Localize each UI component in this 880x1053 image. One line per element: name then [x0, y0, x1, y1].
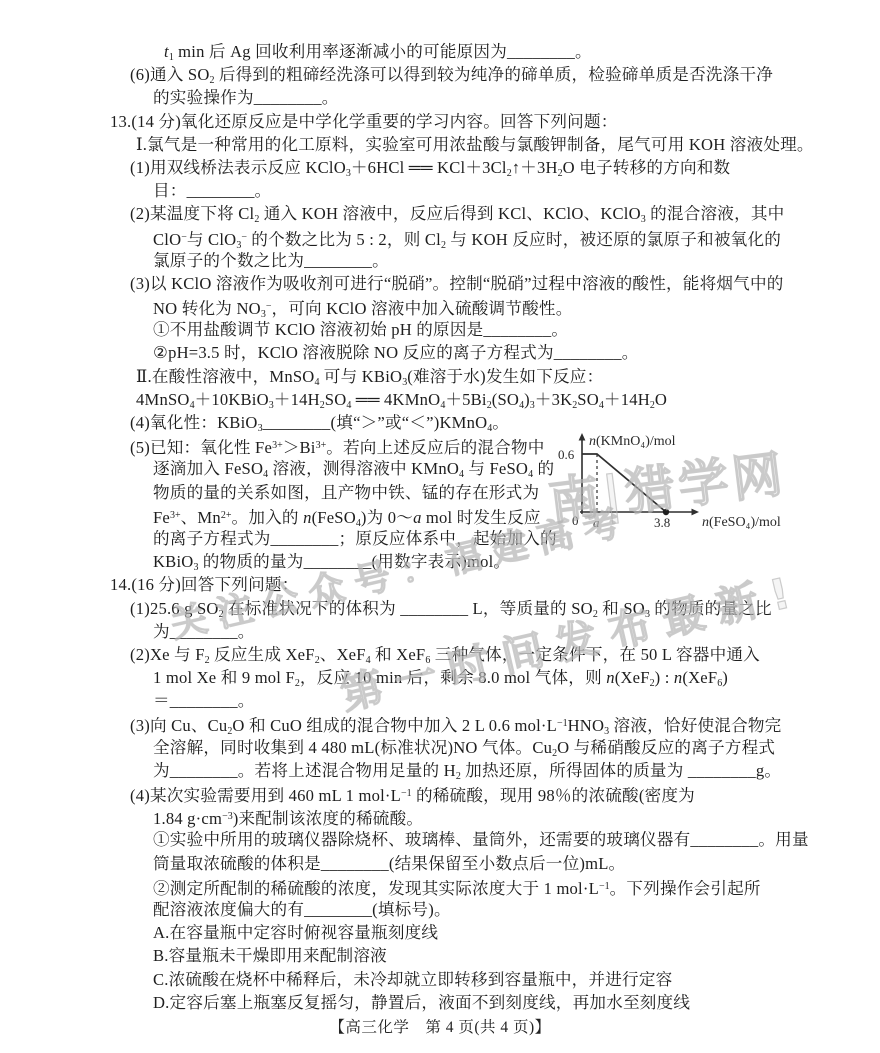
text-line: ClO−与 ClO3− 的个数之比为 5 : 2，则 Cl2 与 KOH 反应时… [108, 226, 820, 249]
text-line: (4)某次实验需要用到 460 mL 1 mol·L−1 的稀硫酸，现用 98％… [108, 782, 820, 805]
text-line: B.容量瓶未干燥即用来配制溶液 [108, 944, 820, 967]
y-axis-label: n(KMnO₄)/mol [589, 434, 676, 449]
text-line: D.定容后塞上瓶塞反复摇匀，静置后，液面不到刻度线，再加水至刻度线 [108, 991, 820, 1014]
y-axis-arrow-icon [579, 433, 586, 441]
text-line: ①不用盐酸调节 KClO 溶液初始 pH 的原因是________。 [108, 318, 820, 341]
text-line: ②pH=3.5 时，KClO 溶液脱除 NO 反应的离子方程式为________… [108, 341, 820, 364]
text-line: t1 min 后 Ag 回收利用率逐渐减小的可能原因为________。 [108, 40, 820, 63]
text-line: (1)25.6 g SO2 在标准状况下的体积为 ________ L，等质量的… [108, 597, 820, 620]
x-tick-3.8: 3.8 [654, 515, 670, 530]
chart-canvas: n(KMnO₄)/mol 0.6 0 a 3.8 n(FeSO₄)/mol [556, 430, 878, 542]
text-line: C.浓硫酸在烧杯中稀释后，未冷却就立即转移到容量瓶中，并进行定容 [108, 968, 820, 991]
text-line: 全溶解，同时收集到 4 480 mL(标准状况)NO 气体。Cu2O 与稀硝酸反… [108, 736, 820, 759]
x-axis-label: n(FeSO₄)/mol [702, 515, 781, 530]
text-line: ②测定所配制的稀硫酸的浓度，发现其实际浓度大于 1 mol·L−1。下列操作会引… [108, 875, 820, 898]
y-tick-0.6: 0.6 [558, 447, 575, 462]
text-line: 为________。 [108, 620, 820, 643]
text-line: 为________。若将上述混合物用足量的 H2 加热还原，所得固体的质量为 _… [108, 759, 820, 782]
text-line: Ⅰ.氯气是一种常用的化工原料，实验室可用浓盐酸与氯酸钾制备，尾气可用 KOH 溶… [108, 133, 820, 156]
text-line: KBiO3 的物质的量为________(用数字表示)mol。 [108, 550, 820, 573]
text-line: 筒量取浓硫酸的体积是________(结果保留至小数点后一位)mL。 [108, 852, 820, 875]
text-line: 配溶液浓度偏大的有________(填标号)。 [108, 898, 820, 921]
origin-label: 0 [572, 513, 579, 528]
text-line: A.在容量瓶中定容时俯视容量瓶刻度线 [108, 921, 820, 944]
text-line: 氯原子的个数之比为________。 [108, 249, 820, 272]
text-line: ①实验中所用的玻璃仪器除烧杯、玻璃棒、量筒外，还需要的玻璃仪器有________… [108, 828, 820, 851]
text-line: (6)通入 SO2 后得到的粗碲经洗涤可以得到较为纯净的碲单质，检验碲单质是否洗… [108, 63, 820, 86]
text-line: 1.84 g·cm−3)来配制该浓度的稀硫酸。 [108, 805, 820, 828]
text-line: Ⅱ.在酸性溶液中，MnSO4 可与 KBiO3(难溶于水)发生如下反应： [108, 365, 820, 388]
text-line: (3)向 Cu、Cu2O 和 CuO 组成的混合物中加入 2 L 0.6 mol… [108, 712, 820, 735]
x-axis-arrow-icon [692, 509, 700, 516]
text-line: (3)以 KClO 溶液作为吸收剂可进行“脱硝”。控制“脱硝”过程中溶液的酸性，… [108, 272, 820, 295]
text-line: (2)某温度下将 Cl2 通入 KOH 溶液中，反应后得到 KCl、KClO、K… [108, 202, 820, 225]
text-line: (1)用双线桥法表示反应 KClO3＋6HCl ══ KCl＋3Cl2↑＋3H2… [108, 156, 820, 179]
text-line: 1 mol Xe 和 9 mol F2，反应 10 min 后，剩余 8.0 m… [108, 666, 820, 689]
text-line: (2)Xe 与 F2 反应生成 XeF2、XeF4 和 XeF6 三种气体，一定… [108, 643, 820, 666]
text-line: 14.(16 分)回答下列问题： [108, 573, 820, 596]
text-line: 13.(14 分)氧化还原反应是中学化学重要的学习内容。回答下列问题： [108, 110, 820, 133]
page-footer: 【高三化学 第 4 页(共 4 页)】 [0, 1015, 880, 1037]
text-line: 目：________。 [108, 179, 820, 202]
x-tick-a: a [593, 515, 600, 530]
kmno4-feso4-chart: n(KMnO₄)/mol 0.6 0 a 3.8 n(FeSO₄)/mol [556, 430, 878, 542]
exam-page: t1 min 后 Ag 回收利用率逐渐减小的可能原因为________。(6)通… [0, 0, 880, 1053]
data-curve [582, 454, 666, 512]
text-line: 的实验操作为________。 [108, 86, 820, 109]
text-line: ＝________。 [108, 689, 820, 712]
text-line: NO 转化为 NO3−，可向 KClO 溶液中加入硫酸调节酸性。 [108, 295, 820, 318]
text-line: 4MnSO4＋10KBiO3＋14H2SO4 ══ 4KMnO4＋5Bi2(SO… [108, 388, 820, 411]
